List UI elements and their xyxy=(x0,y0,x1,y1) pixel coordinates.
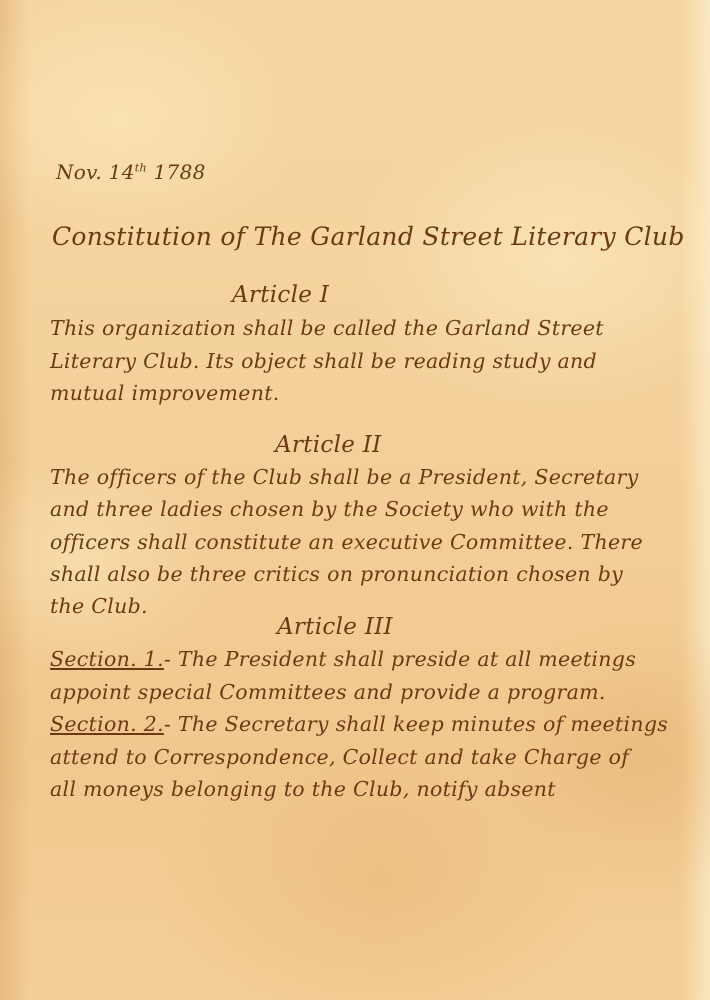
section-1-line: Section. 1.- The President shall preside… xyxy=(50,647,636,671)
article-1-heading: Article I xyxy=(232,282,329,308)
document-title: Constitution of The Garland Street Liter… xyxy=(52,222,685,251)
section-2-line: all moneys belonging to the Club, notify… xyxy=(50,777,556,801)
section-2-text: - The Secretary shall keep minutes of me… xyxy=(164,712,668,736)
article-2-line: and three ladies chosen by the Society w… xyxy=(50,497,609,521)
parchment-page: Nov. 14th 1788 Constitution of The Garla… xyxy=(0,0,710,1000)
article-2-line: the Club. xyxy=(50,594,148,618)
date-suffix: th xyxy=(135,161,147,174)
article-1-line: This organization shall be called the Ga… xyxy=(50,316,604,340)
date-year: 1788 xyxy=(154,160,206,184)
section-2-line: Section. 2.- The Secretary shall keep mi… xyxy=(50,712,668,736)
article-1-line: Literary Club. Its object shall be readi… xyxy=(50,349,597,373)
section-1-line: appoint special Committees and provide a… xyxy=(50,680,606,704)
document-date: Nov. 14th 1788 xyxy=(56,160,206,184)
section-1-label: Section. 1. xyxy=(50,647,164,671)
article-3-heading: Article III xyxy=(277,614,393,640)
article-2-line: officers shall constitute an executive C… xyxy=(50,530,643,554)
section-1-text: - The President shall preside at all mee… xyxy=(164,647,636,671)
article-2-line: shall also be three critics on pronuncia… xyxy=(50,562,623,586)
section-2-label: Section. 2. xyxy=(50,712,164,736)
section-2-line: attend to Correspondence, Collect and ta… xyxy=(50,745,629,769)
date-text: Nov. 14 xyxy=(56,160,135,184)
article-1-line: mutual improvement. xyxy=(50,381,280,405)
article-2-heading: Article II xyxy=(275,432,382,458)
article-2-line: The officers of the Club shall be a Pres… xyxy=(50,465,639,489)
